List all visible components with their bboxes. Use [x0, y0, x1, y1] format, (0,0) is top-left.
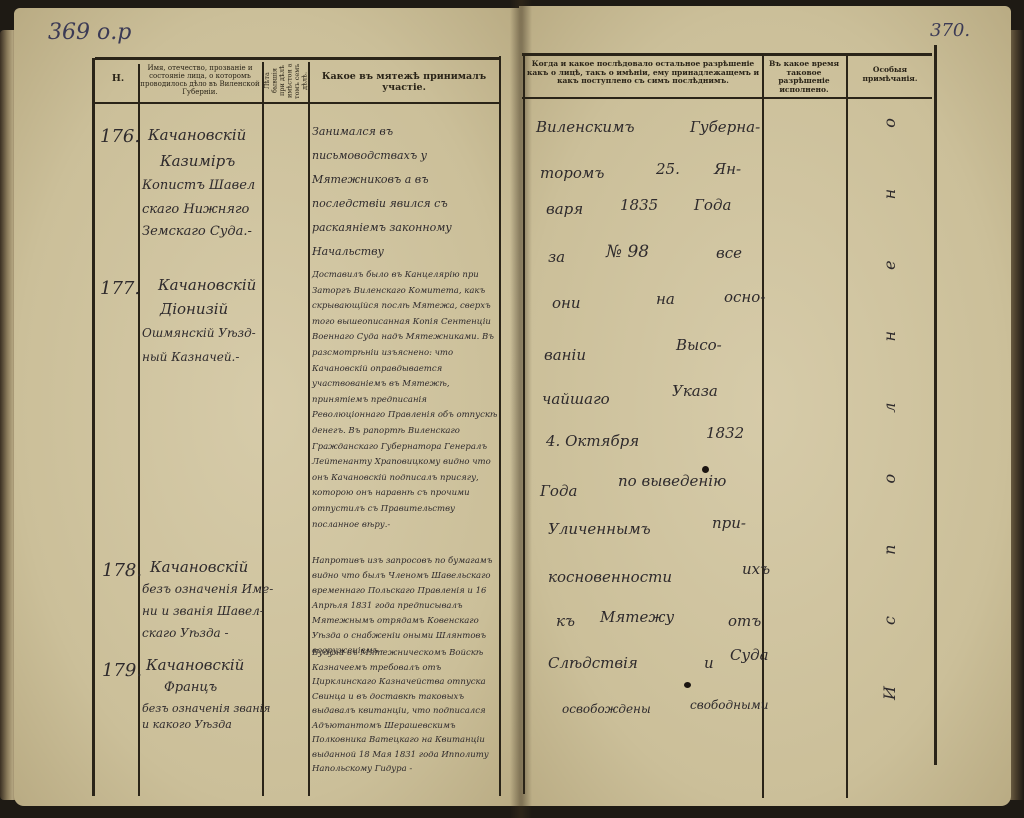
row-176-name-line-1: Качановскій: [148, 126, 246, 144]
resolution-line-8b: 1832: [706, 424, 744, 442]
header-executed: Въ какое время таковое разрѣшеніе исполн…: [764, 60, 844, 95]
resolution-line-14b: свободными: [690, 698, 768, 712]
resolution-line-3a: варя: [546, 200, 583, 218]
resolution-line-3c: Года: [694, 196, 731, 214]
row-176-name-line-5: Земскаго Суда.-: [142, 224, 252, 239]
resolution-line-14a: освобождены: [562, 702, 651, 716]
folio-number-left: 369 о.р: [48, 20, 131, 45]
row-179-name-line-3: безъ означенія званія: [142, 702, 270, 715]
resolution-line-13b: и: [704, 654, 714, 672]
resolution-line-4a: за: [548, 248, 565, 266]
resolution-line-1a: Виленскимъ: [536, 118, 634, 136]
header-bottom-rule-left: [95, 102, 500, 104]
col-rule-resolution-left: [523, 54, 525, 794]
resolution-line-12a: къ: [556, 612, 575, 630]
row-176-name-line-3: Копистъ Шавел: [142, 178, 255, 193]
row-178-number: 178.: [102, 560, 142, 581]
folio-number-right: 370.: [930, 20, 970, 41]
header-number: Н.: [100, 74, 136, 85]
resolution-line-4b: № 98: [606, 242, 649, 262]
col-rule-resolution-right: [762, 54, 764, 798]
table-top-rule-left: [95, 57, 500, 60]
row-177-participation: Доставилъ было въ Канцелярію при Заторгъ…: [312, 268, 498, 533]
row-177-name-line-1: Качановскій: [158, 276, 256, 294]
row-178-name-line-2: безъ означенія Име-: [142, 582, 273, 596]
resolution-line-10b: при-: [712, 514, 746, 532]
table-top-rule-right: [522, 53, 932, 56]
header-bottom-rule-right: [522, 97, 932, 99]
resolution-line-5a: они: [552, 294, 581, 312]
row-179-number: 179.: [102, 660, 142, 681]
resolution-line-8a: 4. Октября: [546, 432, 639, 450]
resolution-line-10a: Уличеннымъ: [548, 520, 651, 538]
row-177-name-line-3: Ошмянскій Уѣзд-: [142, 326, 256, 340]
resolution-line-6a: ваніи: [544, 346, 586, 364]
row-178-participation: Напротивъ изъ запросовъ по бумагамъ видн…: [312, 554, 498, 659]
resolution-line-7b: Указа: [672, 382, 718, 400]
resolution-line-4c: все: [716, 244, 742, 262]
row-176-number: 176.: [100, 126, 140, 147]
resolution-line-7a: чайшаго: [542, 390, 610, 408]
header-name: Имя, отечество, прозваніе и состояніе ли…: [140, 64, 260, 96]
resolution-line-9a: Года: [540, 482, 577, 500]
resolution-line-2c: Ян-: [714, 160, 741, 178]
row-178-name-line-4: скаго Уѣзда -: [142, 626, 229, 640]
row-178-name-line-1: Качановскій: [150, 558, 248, 576]
col-rule-name: [262, 62, 264, 796]
col-rule-age: [308, 62, 310, 796]
resolution-line-1b: Губерна-: [690, 118, 760, 136]
header-age: Лѣта бывшія при дѣлѣ имѣстоя а томъ семъ…: [264, 62, 306, 100]
row-178-name-line-3: ни и званія Шавел-: [142, 604, 264, 618]
right-border-rule: [934, 45, 937, 765]
resolution-line-12b: Мятежу: [600, 608, 674, 626]
resolution-line-9b: по выведенію: [618, 472, 726, 490]
paper-hole: [684, 682, 691, 688]
row-177-number: 177.: [100, 278, 140, 299]
book-gutter: [510, 0, 532, 818]
row-177-name-line-4: ный Казначей.-: [142, 350, 239, 364]
row-179-name-line-2: Францъ: [164, 680, 217, 695]
resolution-line-12c: отъ: [728, 612, 761, 630]
resolution-line-6b: Высо-: [676, 336, 722, 354]
col-rule-participation-right: [499, 56, 501, 796]
row-177-name-line-2: Діонизій: [160, 300, 228, 318]
resolution-line-13c: Суда: [730, 646, 769, 664]
resolution-line-2b: 25.: [656, 160, 680, 178]
header-resolution: Когда и какое послѣдовало остальное разр…: [525, 60, 761, 86]
open-ledger-book: 369 о.р 370. Н. Имя, отечество, прозвані…: [0, 0, 1024, 818]
header-remarks: Особыя примѣчанія.: [848, 66, 932, 83]
resolution-line-5c: осно-: [724, 288, 765, 306]
resolution-line-5b: на: [656, 290, 675, 308]
header-participation: Какое въ мятежѣ принималъ участіе.: [310, 72, 498, 94]
resolution-line-11a: косновенности: [548, 568, 672, 586]
row-176-participation: Занимался въ письмоводствахъ у Мятежнико…: [312, 120, 496, 264]
remarks-vertical-text: И с п о л н е н о: [880, 100, 899, 700]
ink-spot: [702, 466, 709, 473]
left-border-rule: [92, 58, 95, 796]
row-176-name-line-4: скаго Нижняго: [142, 202, 249, 217]
row-179-name-line-1: Качановскій: [146, 656, 244, 674]
resolution-line-2a: торомъ: [540, 164, 604, 182]
resolution-line-13a: Слѣдствія: [548, 654, 638, 672]
col-rule-number: [138, 64, 140, 796]
row-179-name-line-4: и какого Уѣзда: [142, 718, 232, 731]
col-rule-executed-right: [846, 54, 848, 798]
row-179-participation: Будучи въ Мятежническомъ Войскѣ Казначее…: [312, 646, 498, 777]
resolution-line-11b: ихъ: [742, 560, 770, 578]
resolution-line-3b: 1835: [620, 196, 658, 214]
row-176-name-line-2: Казиміръ: [160, 152, 235, 170]
